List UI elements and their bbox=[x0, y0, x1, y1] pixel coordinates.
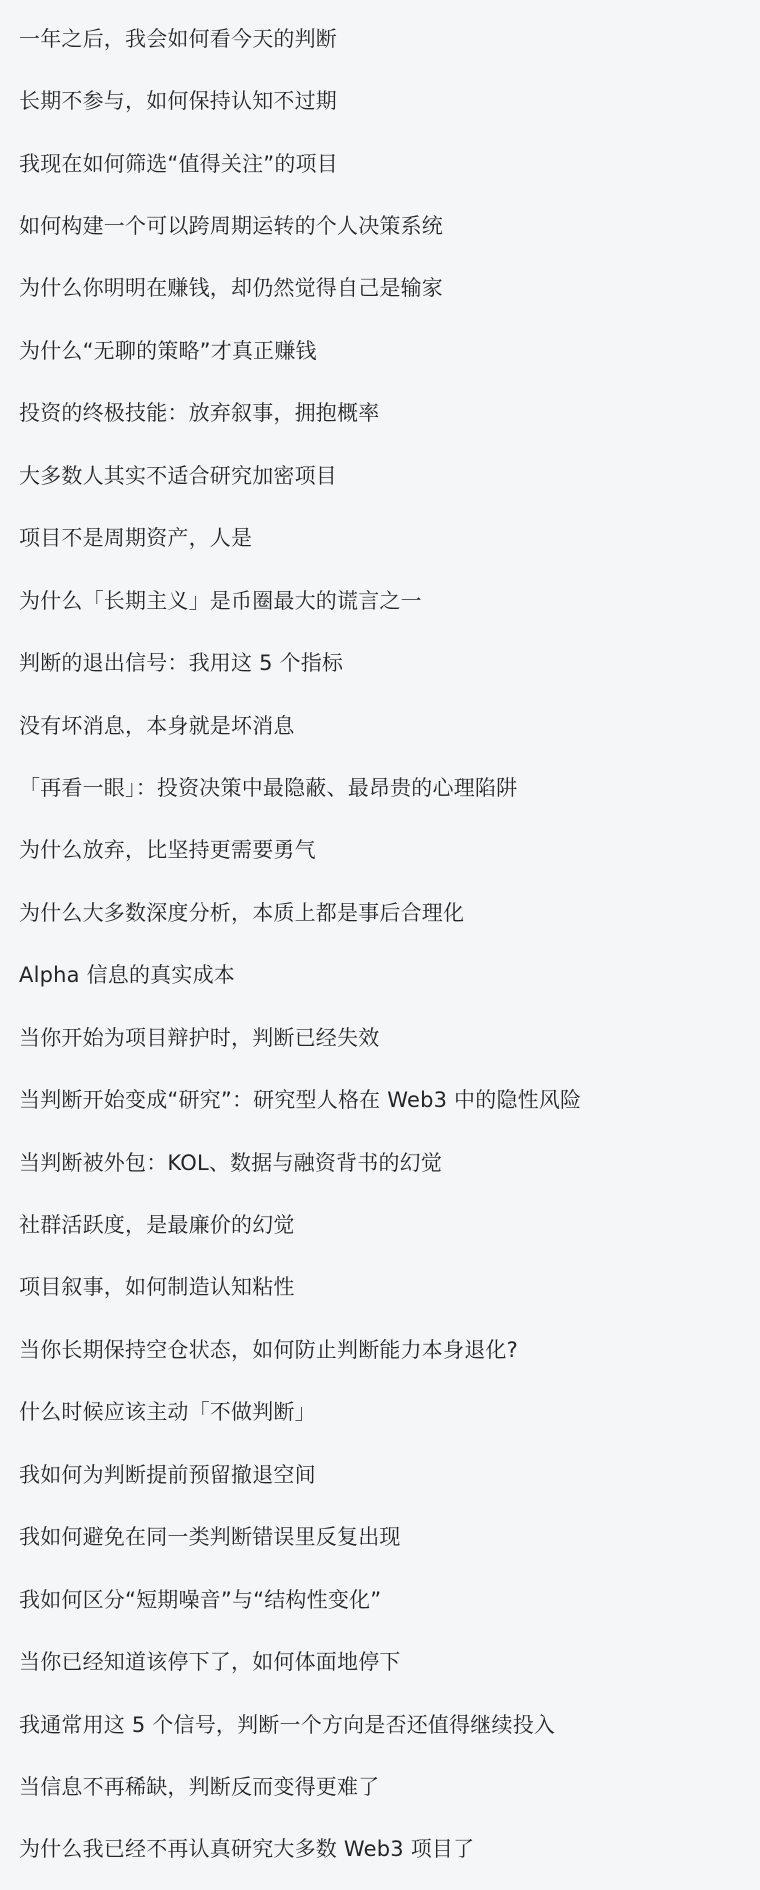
list-item-label: 为什么大多数深度分析，本质上都是事后合理化 bbox=[19, 903, 464, 924]
article-title-list: 一年之后，我会如何看今天的判断长期不参与，如何保持认知不过期我现在如何筛选“值得… bbox=[0, 0, 760, 1881]
list-item[interactable]: 当你已经知道该停下了，如何体面地停下 bbox=[19, 1631, 740, 1693]
list-item-label: 为什么「长期主义」是币圈最大的谎言之一 bbox=[19, 591, 422, 612]
list-item-label: Alpha 信息的真实成本 bbox=[19, 965, 235, 986]
list-item-label: 我如何为判断提前预留撤退空间 bbox=[19, 1465, 316, 1486]
list-item[interactable]: 没有坏消息，本身就是坏消息 bbox=[19, 695, 740, 757]
list-item-label: 「再看一眼」：投资决策中最隐蔽、最昂贵的心理陷阱 bbox=[19, 778, 517, 799]
list-item[interactable]: 我如何避免在同一类判断错误里反复出现 bbox=[19, 1507, 740, 1569]
list-item-label: 大多数人其实不适合研究加密项目 bbox=[19, 466, 337, 487]
list-item[interactable]: 为什么你明明在赚钱，却仍然觉得自己是输家 bbox=[19, 258, 740, 320]
list-item-label: 投资的终极技能：放弃叙事，拥抱概率 bbox=[19, 403, 379, 424]
list-item-label: 一年之后，我会如何看今天的判断 bbox=[19, 29, 337, 50]
list-item[interactable]: 当信息不再稀缺，判断反而变得更难了 bbox=[19, 1756, 740, 1818]
list-item-label: 长期不参与，如何保持认知不过期 bbox=[19, 91, 337, 112]
list-item-label: 社群活跃度，是最廉价的幻觉 bbox=[19, 1215, 295, 1236]
list-item[interactable]: 当你开始为项目辩护时，判断已经失效 bbox=[19, 1007, 740, 1069]
list-item[interactable]: 长期不参与，如何保持认知不过期 bbox=[19, 70, 740, 132]
list-item[interactable]: 为什么大多数深度分析，本质上都是事后合理化 bbox=[19, 882, 740, 944]
list-item-label: 为什么你明明在赚钱，却仍然觉得自己是输家 bbox=[19, 278, 443, 299]
list-item[interactable]: 为什么我已经不再认真研究大多数 Web3 项目了 bbox=[19, 1819, 740, 1881]
list-item-label: 为什么我已经不再认真研究大多数 Web3 项目了 bbox=[19, 1839, 474, 1860]
list-item-label: 当你开始为项目辩护时，判断已经失效 bbox=[19, 1028, 379, 1049]
list-item[interactable]: 什么时候应该主动「不做判断」 bbox=[19, 1382, 740, 1444]
list-item-label: 我现在如何筛选“值得关注”的项目 bbox=[19, 154, 338, 175]
list-item[interactable]: 为什么“无聊的策略”才真正赚钱 bbox=[19, 320, 740, 382]
list-item-label: 当信息不再稀缺，判断反而变得更难了 bbox=[19, 1777, 379, 1798]
list-item[interactable]: 为什么放弃，比坚持更需要勇气 bbox=[19, 820, 740, 882]
list-item[interactable]: 项目不是周期资产，人是 bbox=[19, 508, 740, 570]
list-item[interactable]: 当判断被外包：KOL、数据与融资背书的幻觉 bbox=[19, 1132, 740, 1194]
list-item-label: 为什么“无聊的策略”才真正赚钱 bbox=[19, 341, 317, 362]
list-item[interactable]: 项目叙事，如何制造认知粘性 bbox=[19, 1257, 740, 1319]
list-item-label: 我通常用这 5 个信号，判断一个方向是否还值得继续投入 bbox=[19, 1715, 555, 1736]
list-item-label: 当判断开始变成“研究”：研究型人格在 Web3 中的隐性风险 bbox=[19, 1090, 581, 1111]
list-item[interactable]: 一年之后，我会如何看今天的判断 bbox=[19, 8, 740, 70]
list-item[interactable]: 如何构建一个可以跨周期运转的个人决策系统 bbox=[19, 195, 740, 257]
list-item[interactable]: 我如何为判断提前预留撤退空间 bbox=[19, 1444, 740, 1506]
list-item-label: 当你已经知道该停下了，如何体面地停下 bbox=[19, 1652, 401, 1673]
list-item[interactable]: 我通常用这 5 个信号，判断一个方向是否还值得继续投入 bbox=[19, 1694, 740, 1756]
list-item-label: 我如何避免在同一类判断错误里反复出现 bbox=[19, 1527, 401, 1548]
list-item[interactable]: 我现在如何筛选“值得关注”的项目 bbox=[19, 133, 740, 195]
list-item[interactable]: Alpha 信息的真实成本 bbox=[19, 945, 740, 1007]
list-item-label: 没有坏消息，本身就是坏消息 bbox=[19, 716, 295, 737]
list-item[interactable]: 我如何区分“短期噪音”与“结构性变化” bbox=[19, 1569, 740, 1631]
list-item[interactable]: 判断的退出信号：我用这 5 个指标 bbox=[19, 632, 740, 694]
list-item[interactable]: 当你长期保持空仓状态，如何防止判断能力本身退化? bbox=[19, 1319, 740, 1381]
list-item-label: 项目不是周期资产，人是 bbox=[19, 528, 252, 549]
list-item-label: 项目叙事，如何制造认知粘性 bbox=[19, 1277, 295, 1298]
list-item-label: 当你长期保持空仓状态，如何防止判断能力本身退化? bbox=[19, 1340, 518, 1361]
list-item[interactable]: 当判断开始变成“研究”：研究型人格在 Web3 中的隐性风险 bbox=[19, 1069, 740, 1131]
list-item[interactable]: 社群活跃度，是最廉价的幻觉 bbox=[19, 1194, 740, 1256]
list-item-label: 当判断被外包：KOL、数据与融资背书的幻觉 bbox=[19, 1153, 442, 1174]
list-item[interactable]: 为什么「长期主义」是币圈最大的谎言之一 bbox=[19, 570, 740, 632]
list-item-label: 判断的退出信号：我用这 5 个指标 bbox=[19, 653, 343, 674]
list-item[interactable]: 大多数人其实不适合研究加密项目 bbox=[19, 445, 740, 507]
list-item[interactable]: 「再看一眼」：投资决策中最隐蔽、最昂贵的心理陷阱 bbox=[19, 757, 740, 819]
list-item-label: 我如何区分“短期噪音”与“结构性变化” bbox=[19, 1590, 381, 1611]
list-item[interactable]: 投资的终极技能：放弃叙事，拥抱概率 bbox=[19, 383, 740, 445]
list-item-label: 如何构建一个可以跨周期运转的个人决策系统 bbox=[19, 216, 443, 237]
list-item-label: 什么时候应该主动「不做判断」 bbox=[19, 1402, 316, 1423]
list-item-label: 为什么放弃，比坚持更需要勇气 bbox=[19, 840, 316, 861]
